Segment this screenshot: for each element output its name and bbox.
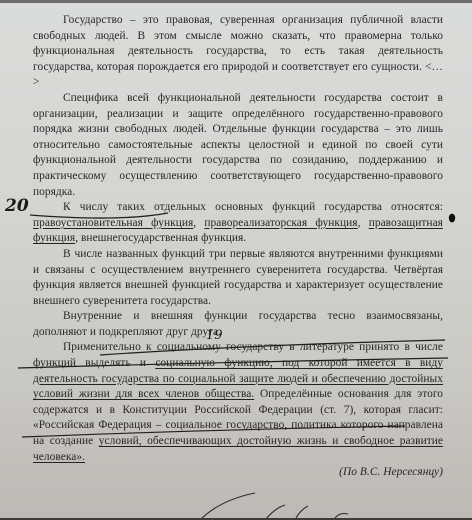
function-external: внешнегосударственная функция. — [81, 232, 246, 244]
paragraph-6: Применительно к социальному государству … — [33, 340, 443, 465]
function-law-making: правоустановительная функция — [33, 217, 193, 229]
source-attribution: (По В.С. Нерсесянцу) — [33, 465, 443, 481]
paragraph-2: Специфика всей функциональной деятельнос… — [33, 91, 443, 200]
photo-top-edge — [0, 0, 472, 3]
paragraph-3: К числу таких отдельных основных функций… — [33, 200, 443, 247]
paragraph-3-intro: К числу таких отдельных основных функций… — [63, 201, 443, 213]
handwritten-margin-mark: 20 — [5, 196, 29, 216]
document-page: Государство – это правовая, суверенная о… — [33, 13, 443, 481]
handwritten-superscript-mark: 19 — [206, 328, 223, 343]
ink-dot — [449, 214, 455, 223]
paragraph-1: Государство – это правовая, суверенная о… — [33, 13, 443, 91]
signature-stroke — [200, 493, 255, 520]
paragraph-5: Внутренние и внешняя функции государства… — [33, 309, 443, 340]
paragraph-4: В числе названных функций три первые явл… — [33, 247, 443, 309]
function-law-enforcing: правореализаторская функция — [204, 217, 357, 229]
